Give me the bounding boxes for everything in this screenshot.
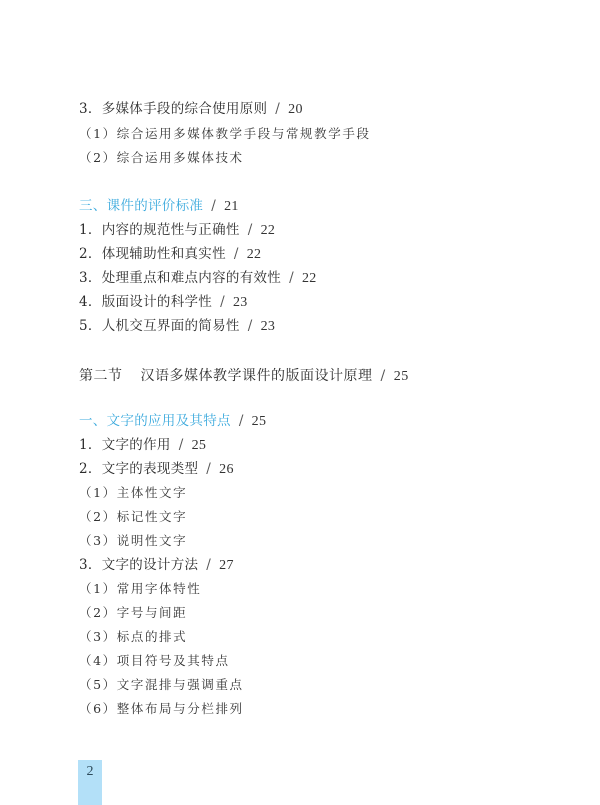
toc-page-number: 22 [302, 271, 317, 286]
toc-page-number: 22 [261, 223, 276, 238]
toc-subitem: （1）综合运用多媒体教学手段与常规教学手段 [79, 125, 371, 143]
toc-section-title: 汉语多媒体教学课件的版面设计原理 [141, 368, 373, 384]
page-number: 2 [78, 764, 102, 780]
toc-heading: 三、课件的评价标准/21 [79, 197, 239, 216]
toc-page-number: 21 [224, 199, 239, 214]
separator: / [275, 101, 280, 117]
toc-subitem: （5）文字混排与强调重点 [79, 676, 244, 694]
toc-subitem: （2）综合运用多媒体技术 [79, 149, 244, 167]
toc-section: 第二节汉语多媒体教学课件的版面设计原理/25 [79, 367, 409, 386]
toc-subitem: （1）常用字体特性 [79, 580, 201, 598]
toc-heading: 一、文字的应用及其特点/25 [79, 412, 266, 431]
toc-item-title: 1．文字的作用 [79, 437, 171, 453]
toc-page-number: 22 [247, 247, 262, 262]
separator: / [211, 198, 216, 214]
toc-item-title: 2．体现辅助性和真实性 [79, 246, 226, 262]
toc-subitem: （2）字号与间距 [79, 604, 187, 622]
toc-subitem: （3）说明性文字 [79, 532, 187, 550]
page-number-tab: 2 [78, 760, 102, 805]
toc-subitem-title: （1）常用字体特性 [79, 581, 201, 596]
toc-subitem: （1）主体性文字 [79, 484, 187, 502]
toc-item: 3．文字的设计方法/27 [79, 556, 234, 575]
toc-page: 3．多媒体手段的综合使用原则/20 （1）综合运用多媒体教学手段与常规教学手段 … [0, 0, 600, 805]
toc-subitem-title: （5）文字混排与强调重点 [79, 677, 244, 692]
toc-item: 3．处理重点和难点内容的有效性/22 [79, 269, 317, 288]
toc-subitem-title: （6）整体布局与分栏排列 [79, 701, 244, 716]
separator: / [248, 222, 253, 238]
toc-heading-title: 一、文字的应用及其特点 [79, 413, 231, 429]
toc-subitem-title: （2）综合运用多媒体技术 [79, 150, 244, 165]
separator: / [248, 318, 253, 334]
separator: / [206, 557, 211, 573]
toc-subitem: （3）标点的排式 [79, 628, 187, 646]
toc-item: 1．内容的规范性与正确性/22 [79, 221, 275, 240]
toc-page-number: 26 [219, 462, 234, 477]
separator: / [234, 246, 239, 262]
toc-subitem-title: （4）项目符号及其特点 [79, 653, 230, 668]
toc-subitem: （4）项目符号及其特点 [79, 652, 230, 670]
toc-item-title: 3．处理重点和难点内容的有效性 [79, 270, 281, 286]
toc-page-number: 25 [252, 414, 267, 429]
toc-section-label: 第二节 [79, 368, 123, 384]
separator: / [179, 437, 184, 453]
toc-subitem-title: （3）说明性文字 [79, 533, 187, 548]
toc-page-number: 25 [394, 369, 409, 384]
toc-item: 4．版面设计的科学性/23 [79, 293, 248, 312]
toc-item-title: 5．人机交互界面的简易性 [79, 318, 240, 334]
separator: / [289, 270, 294, 286]
toc-page-number: 23 [233, 295, 248, 310]
toc-subitem: （2）标记性文字 [79, 508, 187, 526]
toc-item-title: 2．文字的表现类型 [79, 461, 198, 477]
toc-item: 1．文字的作用/25 [79, 436, 206, 455]
separator: / [381, 368, 386, 384]
toc-heading-title: 三、课件的评价标准 [79, 198, 203, 214]
toc-item: 2．文字的表现类型/26 [79, 460, 234, 479]
toc-item-title: 1．内容的规范性与正确性 [79, 222, 240, 238]
toc-subitem: （6）整体布局与分栏排列 [79, 700, 244, 718]
toc-subitem-title: （2）字号与间距 [79, 605, 187, 620]
toc-item-title: 3．文字的设计方法 [79, 557, 198, 573]
toc-page-number: 27 [219, 558, 234, 573]
toc-item: 5．人机交互界面的简易性/23 [79, 317, 275, 336]
toc-item-title: 3．多媒体手段的综合使用原则 [79, 101, 267, 117]
toc-page-number: 23 [261, 319, 276, 334]
toc-subitem-title: （1）综合运用多媒体教学手段与常规教学手段 [79, 126, 371, 141]
toc-item: 3．多媒体手段的综合使用原则/20 [79, 100, 303, 119]
toc-item: 2．体现辅助性和真实性/22 [79, 245, 261, 264]
toc-subitem-title: （3）标点的排式 [79, 629, 187, 644]
toc-subitem-title: （1）主体性文字 [79, 485, 187, 500]
separator: / [239, 413, 244, 429]
separator: / [220, 294, 225, 310]
separator: / [206, 461, 211, 477]
toc-page-number: 25 [192, 438, 207, 453]
toc-item-title: 4．版面设计的科学性 [79, 294, 212, 310]
toc-subitem-title: （2）标记性文字 [79, 509, 187, 524]
toc-page-number: 20 [288, 102, 303, 117]
